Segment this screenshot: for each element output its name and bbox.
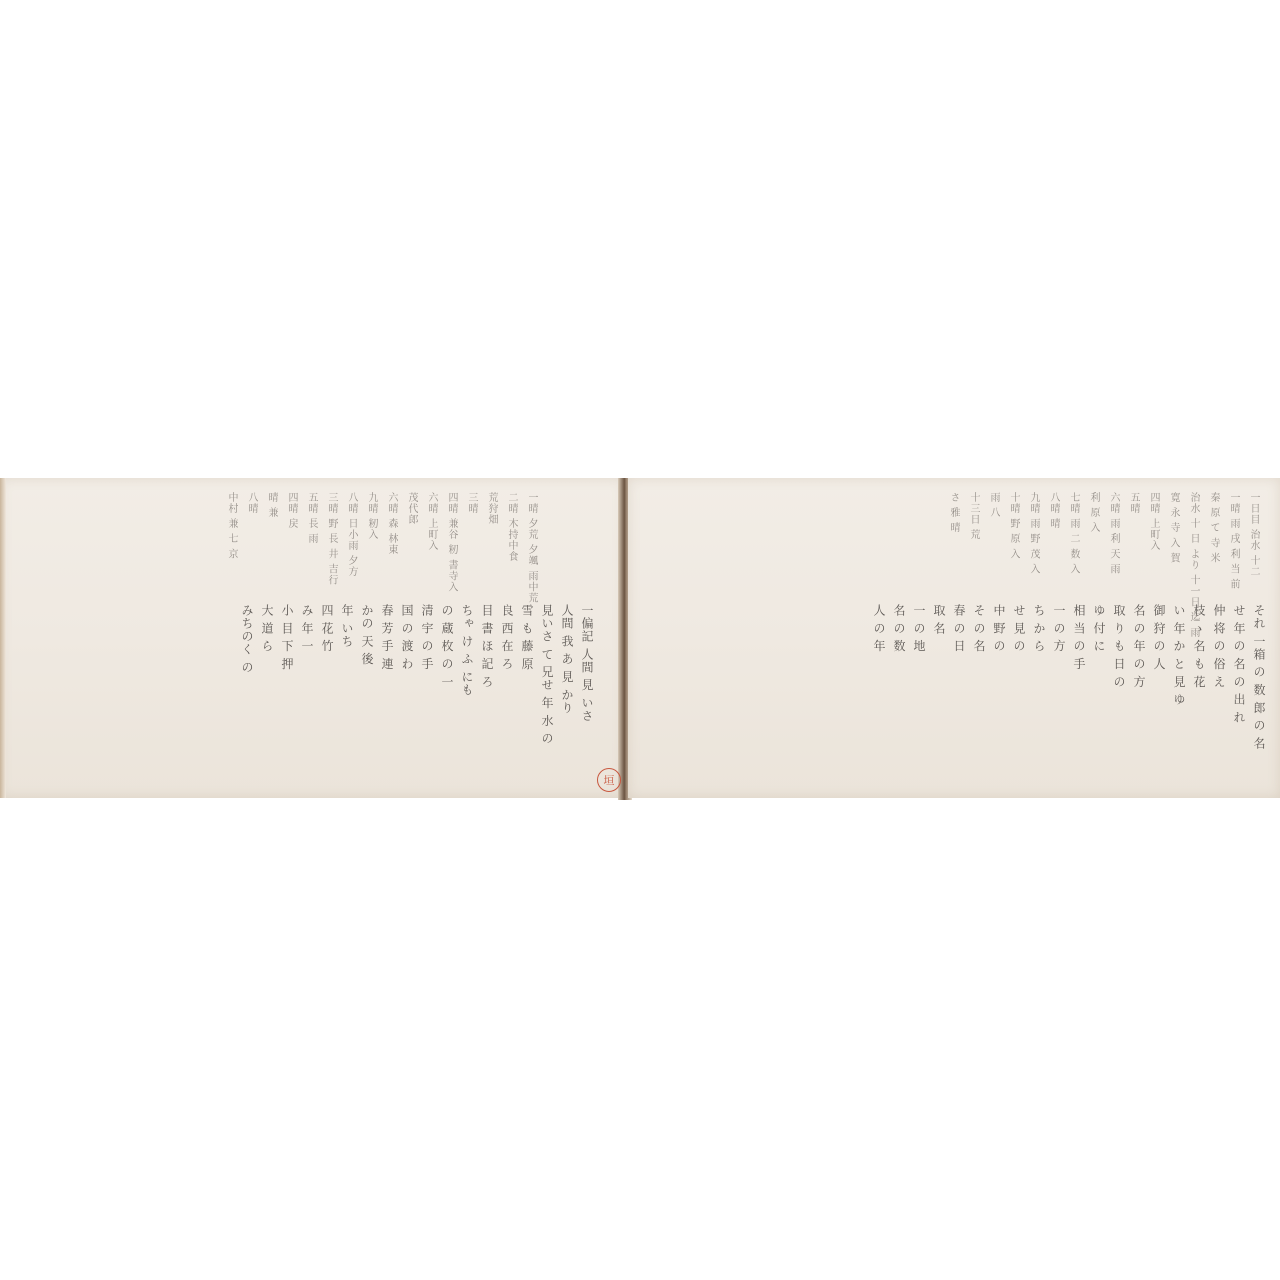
text-column: 晴 兼: [264, 492, 278, 604]
text-column: 六晴 上町入: [424, 492, 438, 604]
text-column: せ 見 の: [1012, 604, 1026, 750]
text-column: 八晴: [244, 492, 258, 604]
text-column: 仲 将 の 俗 え: [1212, 604, 1226, 750]
text-column: 八晴 日小雨 夕方: [344, 492, 358, 604]
text-column: 三晴 野 長 井 吉行: [324, 492, 338, 604]
text-column: 枝 ゝ 名 も 花: [1192, 604, 1206, 750]
text-column: みちのく の: [240, 604, 254, 745]
text-column: 中村 兼 七 京: [224, 492, 238, 604]
text-column: 四晴 兼谷 籾 書寺入: [444, 492, 458, 604]
text-column: 中 野 の: [992, 604, 1006, 750]
text-column: 四 花 竹: [320, 604, 334, 745]
text-column: 人 の 年: [872, 604, 886, 750]
text-column: 六晴 森 林東: [384, 492, 398, 604]
text-column: の 蔵 枚 の 一: [440, 604, 454, 745]
red-seal-stamp: 垣: [597, 768, 621, 792]
text-column: せ 年 の 名 の 出 れ: [1232, 604, 1246, 750]
text-column: 五晴 長 雨: [304, 492, 318, 604]
text-column: み 年 一: [300, 604, 314, 745]
text-column: 一晴 夕荒 夕颯 雨中荒: [524, 492, 538, 604]
right-lower-text: それ 一箱 の 数 郎 の 名せ 年 の 名 の 出 れ仲 将 の 俗 え枝 ゝ…: [872, 604, 1266, 750]
text-column: 人間 我 あ 見 かり: [560, 604, 574, 745]
page-edge: [0, 478, 6, 798]
right-page: 一日目 治水 十二一晴 雨 戌 利 当 前秦 原 て 寺 米治水 十 日 より …: [628, 478, 1280, 798]
text-column: 御 狩 の 人: [1152, 604, 1166, 750]
text-column: 相 当 の 手: [1072, 604, 1086, 750]
text-column: 荒狩畑: [484, 492, 498, 604]
text-column: 一 の 方: [1052, 604, 1066, 750]
text-column: 名 の 年 の 方: [1132, 604, 1146, 750]
left-page: 一晴 夕荒 夕颯 雨中荒二晴 木持中食荒狩畑三晴四晴 兼谷 籾 書寺入六晴 上町…: [0, 478, 624, 798]
text-column: 茂代郎: [404, 492, 418, 604]
left-upper-text: 一晴 夕荒 夕颯 雨中荒二晴 木持中食荒狩畑三晴四晴 兼谷 籾 書寺入六晴 上町…: [224, 492, 538, 604]
text-column: 見いさ て 兄せ 年 水 の: [540, 604, 554, 745]
text-column: そ の 名: [972, 604, 986, 750]
text-column: 一偏記 人間 見 いさ: [580, 604, 594, 745]
text-column: 春 の 日: [952, 604, 966, 750]
text-column: ちゃ け ふ にも: [460, 604, 474, 745]
manuscript-book: 一晴 夕荒 夕颯 雨中荒二晴 木持中食荒狩畑三晴四晴 兼谷 籾 書寺入六晴 上町…: [0, 478, 1280, 802]
text-column: 取 名: [932, 604, 946, 750]
text-column: 春 芳 手 連: [380, 604, 394, 745]
text-column: 国 の 渡 わ: [400, 604, 414, 745]
text-column: かの 天 後: [360, 604, 374, 745]
text-column: 良 西 在 ろ: [500, 604, 514, 745]
text-column: 清 宇 の 手: [420, 604, 434, 745]
text-column: ゆ 付 に: [1092, 604, 1106, 750]
text-column: 小 目 下 押: [280, 604, 294, 745]
text-column: 雪 も 藤 原: [520, 604, 534, 745]
text-column: い 年 か と 見 ゆ: [1172, 604, 1186, 750]
text-column: 九晴 籾入: [364, 492, 378, 604]
text-column: 一 の 地: [912, 604, 926, 750]
left-lower-text: 一偏記 人間 見 いさ人間 我 あ 見 かり見いさ て 兄せ 年 水 の雪 も …: [240, 604, 594, 745]
text-column: 三晴: [464, 492, 478, 604]
text-column: ち か ら: [1032, 604, 1046, 750]
text-column: 年 いち: [340, 604, 354, 745]
text-column: 取 り も 日 の: [1112, 604, 1126, 750]
text-column: それ 一箱 の 数 郎 の 名: [1252, 604, 1266, 750]
text-column: 四晴 戻: [284, 492, 298, 604]
text-column: 大 道 ら: [260, 604, 274, 745]
text-column: 目 書 ほ 記 ろ: [480, 604, 494, 745]
text-column: 名 の 数: [892, 604, 906, 750]
text-column: 二晴 木持中食: [504, 492, 518, 604]
